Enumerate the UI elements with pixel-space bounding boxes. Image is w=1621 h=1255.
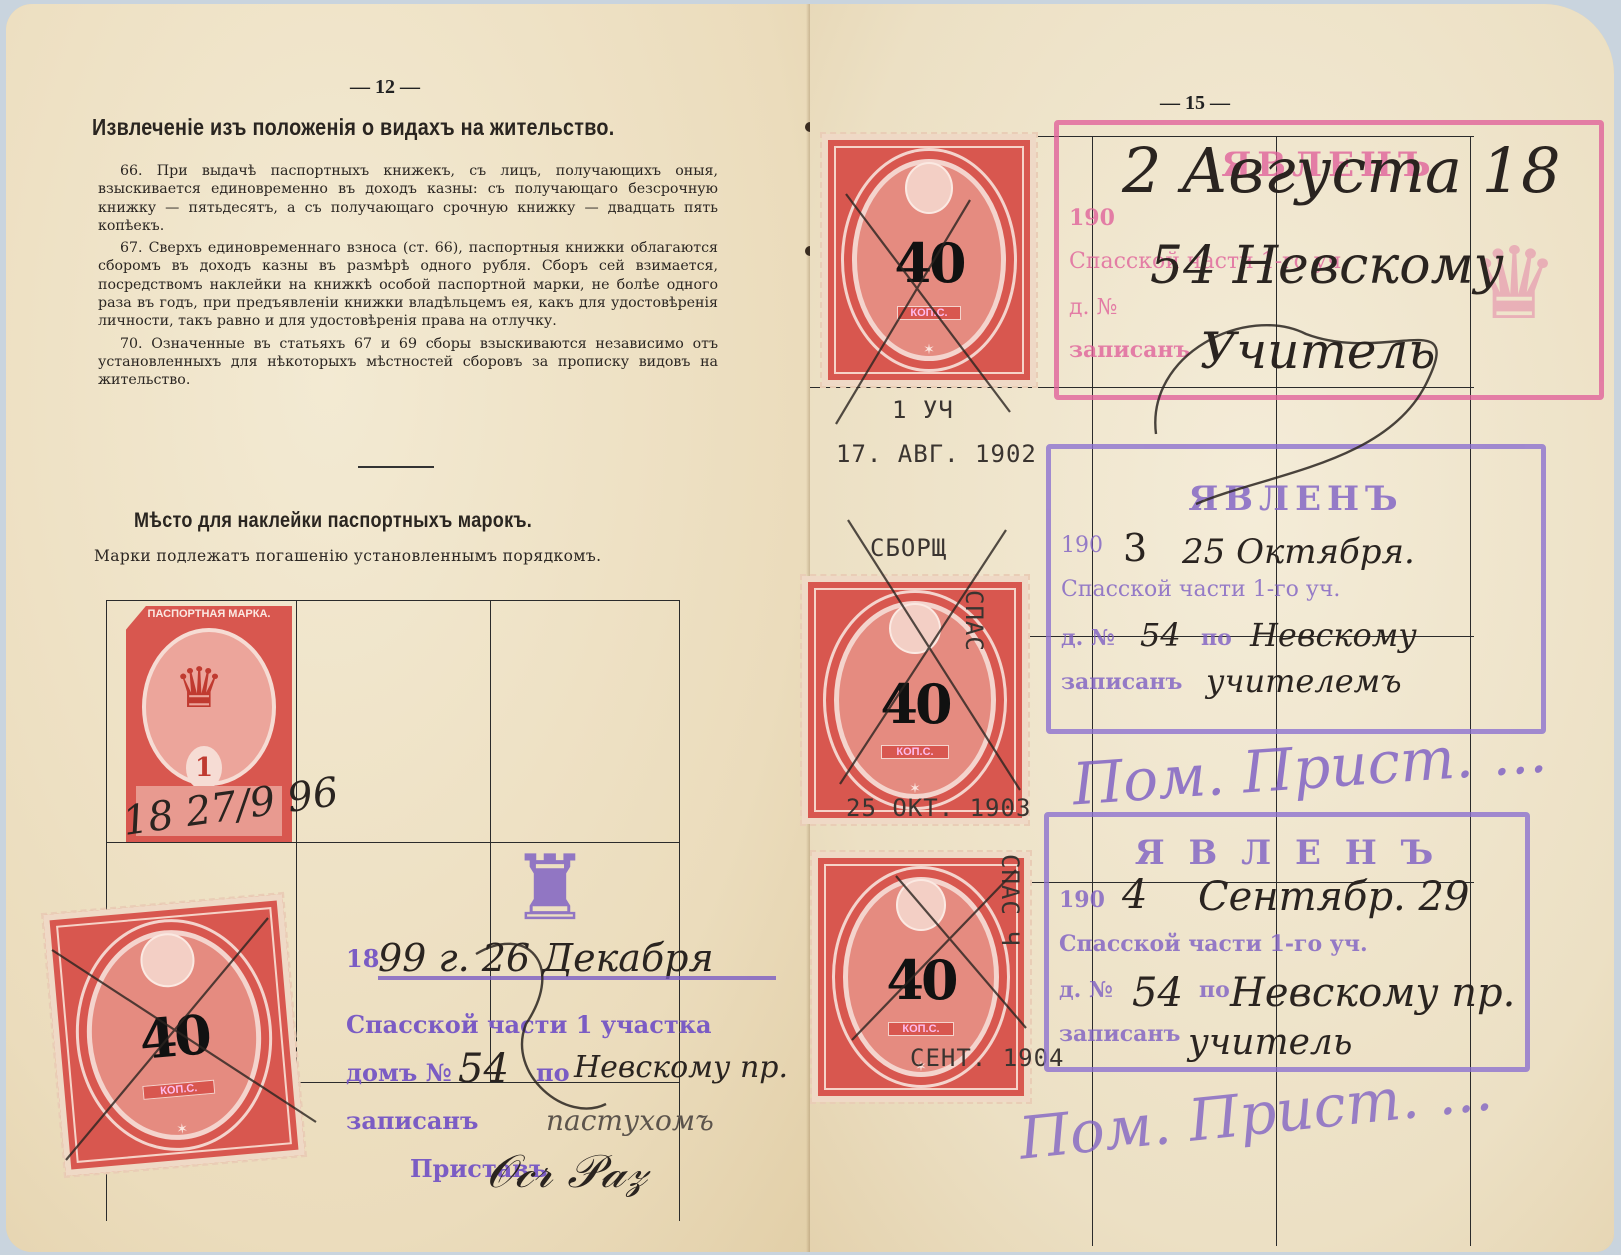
handwritten-street: Невскому пр. (1230, 970, 1515, 1016)
article-66: 66. При выдачѣ паспортныхъ книжекъ, съ л… (98, 162, 718, 235)
city-duty-stamp: 40 КОП.С. ✶ (802, 576, 1028, 824)
reg-underline (378, 976, 776, 980)
handwritten-occupation: Учитель (1200, 322, 1436, 380)
page-number-left: — 12 — (350, 76, 420, 99)
section-title: Извлеченіе изъ положенія о видахъ на жит… (92, 114, 711, 141)
postmark-date: 25 ОКТ. 1903 (846, 794, 1031, 822)
reg-recorded-label: записанъ (1061, 669, 1182, 695)
article-67: 67. Сверхъ единовременнаго взноса (ст. 6… (98, 239, 718, 330)
postmark-top: 1 УЧ (892, 396, 954, 424)
reg-year-prefix: 190 (1069, 205, 1115, 231)
postmark-side: СПАС (960, 590, 988, 652)
handwritten-year: 3 (1123, 526, 1147, 570)
stamp-unit: КОП.С. (881, 745, 950, 759)
officer-signature: 𝒪𝒸𝓇 𝒫𝒶𝓏 (486, 1144, 647, 1200)
handwritten-date: Сентябр. 29 (1198, 874, 1469, 920)
reg-by-label: по (536, 1058, 570, 1087)
reg-recorded-label: записанъ (1059, 1021, 1180, 1047)
reg-house-label: д. № (1059, 977, 1113, 1003)
regulation-text: 66. При выдачѣ паспортныхъ книжекъ, съ л… (98, 162, 718, 394)
article-70: 70. Означенные въ статьяхъ 67 и 69 сборы… (98, 335, 718, 390)
reg-year-prefix: 190 (1061, 533, 1103, 558)
reg-by-label: по (1199, 977, 1230, 1003)
coat-of-arms-icon (896, 879, 945, 931)
handwritten-occupation: учителемъ (1206, 662, 1402, 700)
handwritten-date: 25 Октября. (1182, 532, 1415, 572)
coat-of-arms-icon (905, 162, 954, 214)
stamp-unit: КОП.С. (897, 306, 962, 320)
reg-recorded-label: записанъ (1069, 337, 1190, 363)
city-duty-stamp: 40 КОП.С. ✶ (822, 134, 1036, 386)
stamp-unit: КОП.С. (888, 1022, 954, 1036)
page-number-right: — 15 — (1160, 92, 1230, 115)
reg-house-label: д. № (1061, 625, 1115, 651)
star-icon: ✶ (828, 342, 1030, 358)
handwritten-house-number: 54 (1132, 970, 1183, 1016)
passport-stamp-title: ПАСПОРТНАЯ МАРКА. (126, 608, 292, 620)
stamp-value: 40 (818, 948, 1024, 1012)
stamps-note: Марки подлежатъ погашенію установленнымъ… (94, 547, 601, 565)
crest-stamp-icon: ♜ (508, 829, 592, 949)
passport-book-spread: — 12 — Извлеченіе изъ положенія о видахъ… (6, 4, 1614, 1252)
city-duty-stamp: 40 КОП.С. ✶ (43, 894, 305, 1176)
reg-year-prefix: 18 (346, 944, 379, 973)
reg-district: Спасской части 1-го уч. (1059, 931, 1368, 957)
grid-line (490, 601, 491, 1081)
left-page: — 12 — Извлеченіе изъ положенія о видахъ… (6, 4, 810, 1252)
reg-house-number: 54 (458, 1046, 509, 1092)
reg-year-prefix: 190 (1059, 887, 1105, 913)
stamp-denomination: 1 (186, 746, 222, 790)
stamp-value: 40 (828, 231, 1030, 295)
divider (358, 466, 434, 468)
reg-by-label: по (1201, 625, 1232, 651)
handwritten-address: 54 Невскому (1150, 236, 1504, 296)
postmark-side: СПАС Ч (996, 854, 1024, 947)
double-headed-eagle-icon: ♛ (174, 656, 224, 721)
reg-house-label: д. № (1069, 295, 1117, 320)
reg-district: Спасской части 1-го уч. (1061, 577, 1340, 602)
reg-street: Невскому пр. (574, 1050, 788, 1085)
right-page: — 15 — 40 КОП.С. ✶ 40 КОП.С. ✶ (810, 4, 1614, 1252)
handwritten-date: 2 Августа 18 (1122, 134, 1561, 207)
reg-district: Спасской части 1 участка (346, 1010, 712, 1039)
postmark-top: СБОРЩ (870, 534, 947, 562)
handwritten-year: 4 (1122, 872, 1147, 918)
handwritten-street: Невскому (1250, 616, 1417, 654)
stamp-value: 40 (808, 672, 1022, 736)
coat-of-arms-icon (889, 603, 940, 654)
reg-title: Я В Л Е Н Ъ (1049, 833, 1525, 873)
reg-handwritten-date: 99 г. 26 Декабря (378, 936, 714, 980)
purple-signature-stamp: Пом. Прист. ... (1016, 1055, 1496, 1172)
postmark-date: 17. АВГ. 1902 (836, 440, 1037, 468)
postmark-date: СЕНТ. 1904 (910, 1044, 1065, 1072)
reg-title: ЯВЛЕНЪ (1051, 479, 1541, 519)
handwritten-occupation: учитель (1188, 1022, 1352, 1063)
reg-recorded-label: записанъ (346, 1106, 478, 1135)
reg-house-label: домъ № (346, 1058, 452, 1087)
reg-occupation: пастухомъ (546, 1104, 714, 1137)
stamps-heading: Мѣсто для наклейки паспортныхъ марокъ. (134, 509, 667, 533)
handwritten-house-number: 54 (1140, 616, 1181, 654)
grid-line (296, 601, 297, 1081)
grid-line (106, 842, 680, 843)
